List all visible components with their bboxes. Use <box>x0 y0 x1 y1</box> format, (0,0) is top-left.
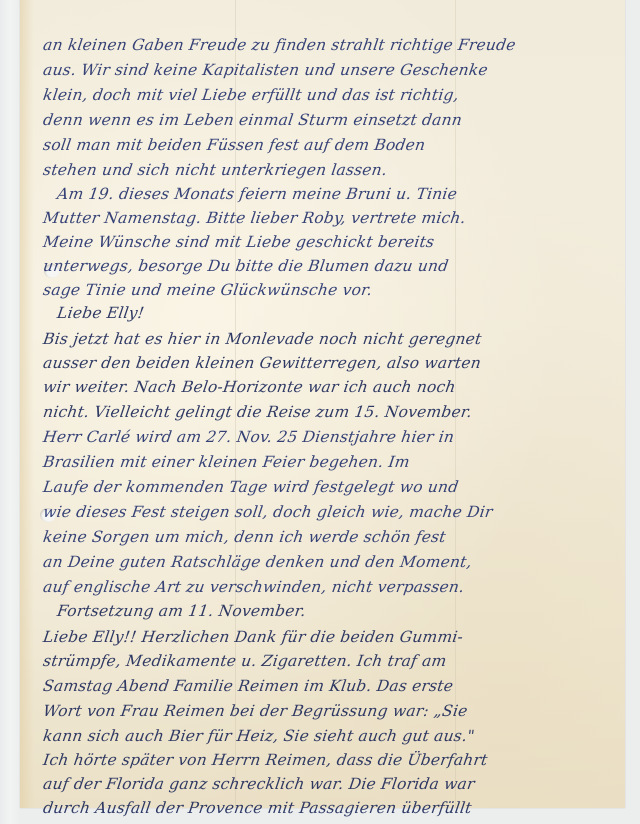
letter-line: Meine Wünsche sind mit Liebe geschickt b… <box>42 233 436 251</box>
letter-salutation: Liebe Elly!! Herzlichen Dank für die bei… <box>42 628 464 646</box>
letter-line: Samstag Abend Familie Reimen im Klub. Da… <box>42 677 454 695</box>
letter-line: denn wenn es im Leben einmal Sturm einse… <box>42 111 463 129</box>
paper-edge-stain <box>20 0 34 808</box>
letter-line: klein, doch mit viel Liebe erfüllt und d… <box>42 86 460 104</box>
letter-line: auf englische Art zu verschwinden, nicht… <box>42 578 466 596</box>
letter-line: an Deine guten Ratschläge denken und den… <box>42 553 473 571</box>
letter-line: strümpfe, Medikamente u. Zigaretten. Ich… <box>42 652 448 670</box>
scanned-page: an kleinen Gaben Freude zu finden strahl… <box>0 0 640 824</box>
letter-salutation: Liebe Elly! <box>56 304 145 322</box>
letter-line: Ich hörte später von Herrn Reimen, dass … <box>42 751 489 769</box>
letter-line: auf der Florida ganz schrecklich war. Di… <box>42 775 476 793</box>
letter-line: wir weiter. Nach Belo-Horizonte war ich … <box>42 378 457 396</box>
letter-continuation-heading: Fortsetzung am 11. November. <box>56 602 307 620</box>
letter-line: nicht. Vielleicht gelingt die Reise zum … <box>42 403 473 421</box>
letter-line: wie dieses Fest steigen soll, doch gleic… <box>42 503 494 521</box>
letter-line: keine Sorgen um mich, denn ich werde sch… <box>42 528 447 546</box>
letter-line: durch Ausfall der Provence mit Passagier… <box>42 799 473 817</box>
letter-line: Am 19. dieses Monats feiern meine Bruni … <box>56 185 458 203</box>
letter-line: Bis jetzt hat es hier in Monlevade noch … <box>42 330 483 348</box>
letter-line: Wort von Frau Reimen bei der Begrüssung … <box>42 702 469 720</box>
letter-line: Mutter Namenstag. Bitte lieber Roby, ver… <box>42 209 467 227</box>
letter-line: soll man mit beiden Füssen fest auf dem … <box>42 136 427 154</box>
letter-line: Brasilien mit einer kleinen Feier begehe… <box>42 453 411 471</box>
letter-line: Laufe der kommenden Tage wird festgelegt… <box>42 478 460 496</box>
letter-line: Herr Carlé wird am 27. Nov. 25 Dienstjah… <box>42 428 455 446</box>
letter-line: an kleinen Gaben Freude zu finden strahl… <box>42 36 517 54</box>
letter-line: sage Tinie und meine Glückwünsche vor. <box>42 281 373 299</box>
letter-line: unterwegs, besorge Du bitte die Blumen d… <box>42 257 450 275</box>
letter-line: ausser den beiden kleinen Gewitterregen,… <box>42 354 482 372</box>
letter-line: kann sich auch Bier für Heiz, Sie sieht … <box>42 727 476 745</box>
letter-line: aus. Wir sind keine Kapitalisten und uns… <box>42 61 489 79</box>
letter-line: stehen und sich nicht unterkriegen lasse… <box>42 161 388 179</box>
